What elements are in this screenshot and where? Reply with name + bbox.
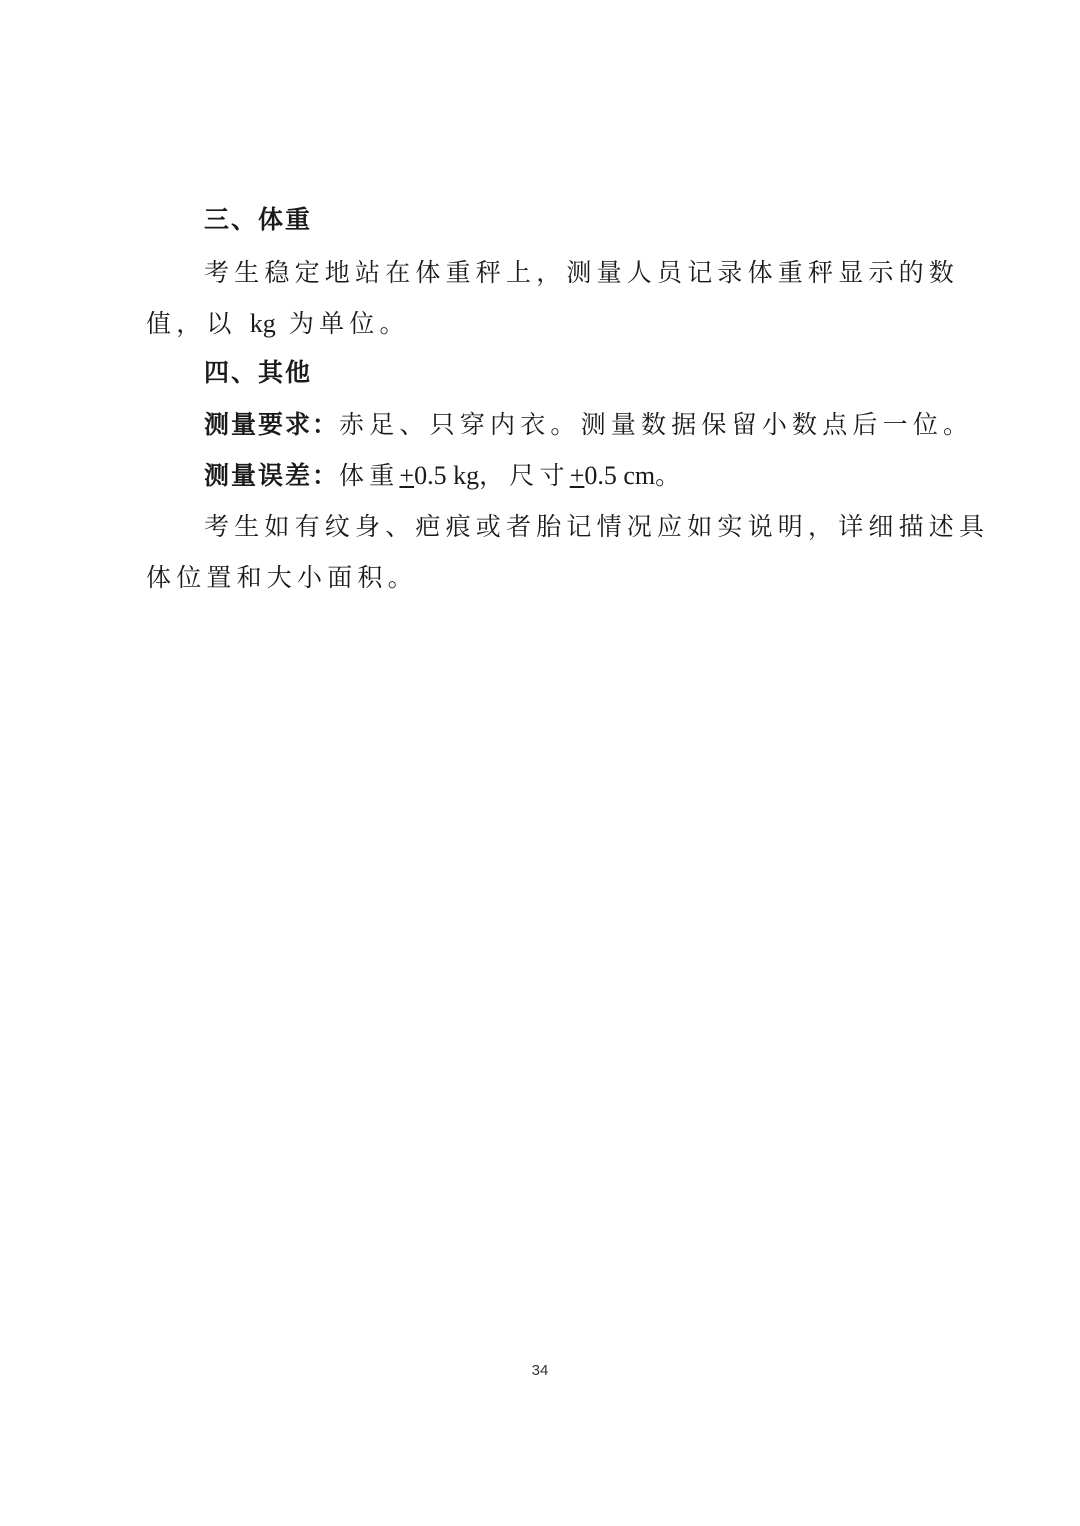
plus-minus-sign: + xyxy=(399,461,414,490)
requirements-label: 测量要求： xyxy=(204,410,339,439)
measurement-requirements: 测量要求：赤足、只穿内衣。测量数据保留小数点后一位。 xyxy=(204,410,973,440)
marks-paragraph-line-2: 体位置和大小面积。 xyxy=(146,563,418,593)
weight-paragraph-text: 值，以 xyxy=(146,309,250,338)
weight-paragraph-line-1: 考生稳定地站在体重秤上，测量人员记录体重秤显示的数 xyxy=(204,258,959,288)
weight-paragraph-text-end: 为单位。 xyxy=(276,309,410,338)
marks-paragraph-line-1: 考生如有纹身、疤痕或者胎记情况应如实说明，详细描述具 xyxy=(204,512,989,542)
weight-unit: kg xyxy=(250,309,276,338)
error-label: 测量误差： xyxy=(204,461,339,490)
plus-minus-sign: + xyxy=(570,461,585,490)
requirements-text: 赤足、只穿内衣。测量数据保留小数点后一位。 xyxy=(339,410,973,439)
weight-paragraph-line-2: 值，以 kg 为单位。 xyxy=(146,309,410,339)
document-page: 三、体重 考生稳定地站在体重秤上，测量人员记录体重秤显示的数 值，以 kg 为单… xyxy=(0,0,1080,1526)
error-separator: ，尺寸 xyxy=(479,461,570,490)
error-weight-label: 体重 xyxy=(339,461,399,490)
page-number: 34 xyxy=(0,1362,1080,1379)
section-heading-other: 四、其他 xyxy=(204,358,312,388)
error-end: 。 xyxy=(655,461,685,490)
section-heading-weight: 三、体重 xyxy=(204,205,312,235)
error-size-value: 0.5 cm xyxy=(584,461,655,490)
error-weight-value: 0.5 kg xyxy=(414,461,479,490)
measurement-error: 测量误差：体重+0.5 kg，尺寸+0.5 cm。 xyxy=(204,461,685,491)
